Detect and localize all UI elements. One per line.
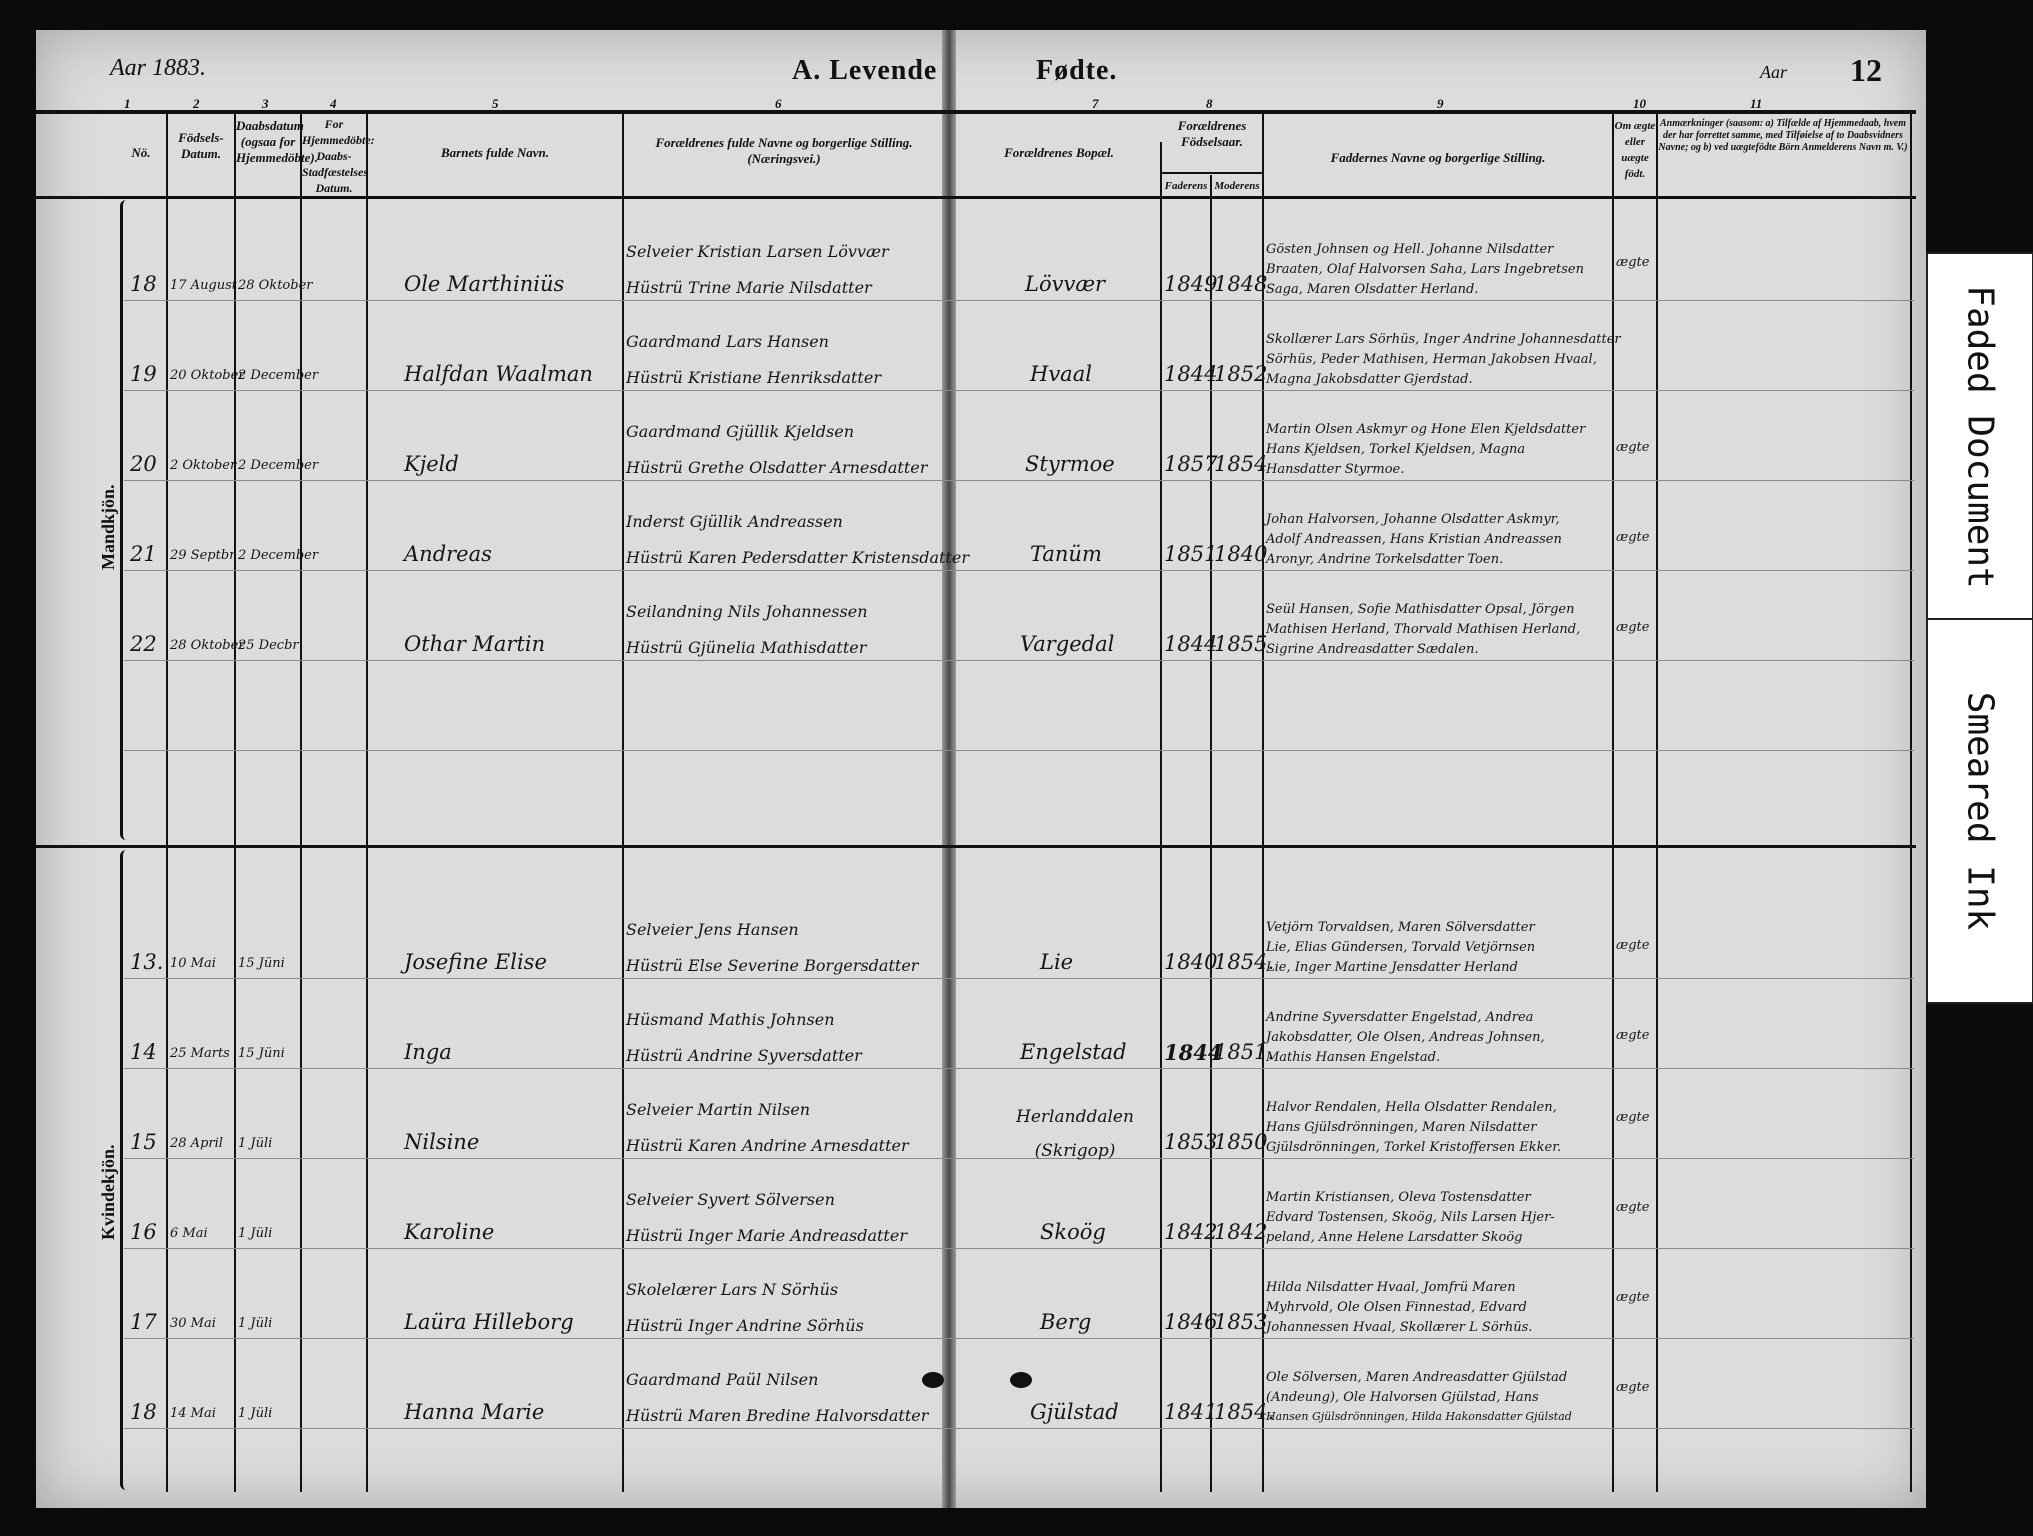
entry-residence: Gjülstad <box>1030 1400 1119 1424</box>
entry-legitimacy: ægte <box>1616 1200 1649 1215</box>
entry-residence: Berg <box>1040 1310 1091 1334</box>
entry-father-year: 1853 <box>1164 1130 1217 1154</box>
male-brace <box>120 200 129 840</box>
entry-child-name: Andreas <box>404 542 492 566</box>
entry-sponsor-line: Seül Hansen, Sofie Mathisdatter Opsal, J… <box>1266 602 1574 617</box>
entry-sponsor-line: Hansdatter Styrmoe. <box>1266 462 1404 477</box>
col-head-no: Nö. <box>116 145 166 161</box>
col-head-sponsors: Faddernes Navne og borgerlige Stilling. <box>1264 150 1612 166</box>
binding-clip <box>922 1372 944 1388</box>
entry-sponsor-line: Sigrine Andreasdatter Sædalen. <box>1266 642 1478 657</box>
entry-mother-year: 1855 <box>1214 632 1267 656</box>
tag-smeared-ink: Smeared Ink <box>1926 618 2033 1004</box>
entry-no: 19 <box>130 362 157 386</box>
entry-sponsor-line: Jakobsdatter, Ole Olsen, Andreas Johnsen… <box>1266 1030 1545 1045</box>
entry-sponsor-line: Aronyr, Andrine Torkelsdatter Toen. <box>1266 552 1503 567</box>
entry-sponsor-line: Vetjörn Torvaldsen, Maren Sölversdatter <box>1266 920 1535 935</box>
entry-sponsor-line: Sörhüs, Peder Mathisen, Herman Jakobsen … <box>1266 352 1597 367</box>
entry-no: 17 <box>130 1310 157 1334</box>
entry-baptism-date: 25 Decbr <box>238 638 299 653</box>
entry-no: 21 <box>130 542 157 566</box>
entry-birth-date: 10 Mai <box>170 956 216 971</box>
col-head-child-name: Barnets fulde Navn. <box>368 145 622 161</box>
entry-birth-date: 28 Oktober <box>170 638 245 653</box>
entry-parents-father: Inderst Gjüllik Andreassen <box>626 512 843 531</box>
entry-sponsor-line: Adolf Andreassen, Hans Kristian Andreass… <box>1266 532 1562 547</box>
entry-parents-mother: Hüstrü Karen Andrine Arnesdatter <box>626 1136 909 1155</box>
entry-sponsor-line: Johannessen Hvaal, Skollærer L Sörhüs. <box>1266 1320 1532 1335</box>
entry-baptism-date: 1 Jüli <box>238 1406 272 1421</box>
entry-mother-year: 1853 <box>1214 1310 1267 1334</box>
entry-parents-father: Hüsmand Mathis Johnsen <box>626 1010 835 1029</box>
entry-sponsor-line: Mathisen Herland, Thorvald Mathisen Herl… <box>1266 622 1580 637</box>
entry-parents-mother: Hüstrü Inger Marie Andreasdatter <box>626 1226 907 1245</box>
entry-parents-mother: Hüstrü Andrine Syversdatter <box>626 1046 862 1065</box>
col-rule <box>1262 112 1264 1492</box>
title-right: Fødte. <box>1036 55 1117 87</box>
entry-mother-year: 1850 <box>1214 1130 1267 1154</box>
entry-baptism-date: 1 Jüli <box>238 1136 272 1151</box>
entry-legitimacy: ægte <box>1616 530 1649 545</box>
entry-child-name: Othar Martin <box>404 632 545 656</box>
entry-legitimacy: ægte <box>1616 1110 1649 1125</box>
entry-no: 20 <box>130 452 157 476</box>
entry-birth-date: 28 April <box>170 1136 223 1151</box>
section-divider <box>36 845 1916 848</box>
entry-parents-father: Seilandning Nils Johannessen <box>626 602 868 621</box>
entry-father-year: 1844 <box>1164 632 1217 656</box>
year-label: Aar 1883. <box>110 55 206 82</box>
entry-child-name: Josefine Elise <box>404 950 547 974</box>
entry-sponsor-line: Braaten, Olaf Halvorsen Saha, Lars Ingeb… <box>1266 262 1584 277</box>
entry-child-name: Laüra Hilleborg <box>404 1310 574 1334</box>
entry-birth-date: 14 Mai <box>170 1406 216 1421</box>
col-head-baptism-date: Daabsdatum (ogsaa for Hjemmedöbte). <box>236 118 300 166</box>
entry-father-year: 1846 <box>1164 1310 1217 1334</box>
entry-residence: Skoög <box>1040 1220 1106 1244</box>
entry-parents-father: Selveier Jens Hansen <box>626 920 799 939</box>
header-top-rule <box>36 110 1916 114</box>
col-rule <box>1612 112 1614 1492</box>
title-left: A. Levende <box>792 55 937 87</box>
col-head-birth-years: Forældrenes Födselsaar. <box>1162 118 1262 150</box>
col-head-remarks: Anmærkninger (saasom: a) Tilfælde af Hje… <box>1658 118 1908 154</box>
entry-legitimacy: ægte <box>1616 440 1649 455</box>
entry-birth-date: 30 Mai <box>170 1316 216 1331</box>
entry-sponsor-line: Hans Kjeldsen, Torkel Kjeldsen, Magna <box>1266 442 1525 457</box>
col-rule <box>366 112 368 1492</box>
entry-father-year: 1844 <box>1164 362 1217 386</box>
entry-birth-date: 2 Oktober <box>170 458 236 473</box>
entry-parents-mother: Hüstrü Kristiane Henriksdatter <box>626 368 881 387</box>
entry-no: 18 <box>130 1400 157 1424</box>
entry-sponsor-line: Hans Gjülsdrönningen, Maren Nilsdatter <box>1266 1120 1536 1135</box>
col-head-father: Faderens <box>1162 178 1210 194</box>
entry-residence: Lövvær <box>1025 272 1105 296</box>
entry-parents-father: Skolelærer Lars N Sörhüs <box>626 1280 838 1299</box>
col-head-birth-date: Födsels-Datum. <box>168 130 234 162</box>
entry-mother-year: 1852 <box>1214 362 1267 386</box>
entry-baptism-date: 2 December <box>238 458 318 473</box>
binding-clip <box>1010 1372 1032 1388</box>
entry-sponsor-line: Martin Kristiansen, Oleva Tostensdatter <box>1266 1190 1531 1205</box>
entry-sponsor-line: Hansen Gjülsdrönningen, Hilda Hakonsdatt… <box>1266 1410 1572 1423</box>
register-spread <box>36 30 1926 1508</box>
entry-parents-father: Gaardmand Paül Nilsen <box>626 1370 818 1389</box>
entry-sponsor-line: Mathis Hansen Engelstad. <box>1266 1050 1440 1065</box>
entry-sponsor-line: Martin Olsen Askmyr og Hone Elen Kjeldsd… <box>1266 422 1585 437</box>
entry-father-year: 1857 <box>1164 452 1217 476</box>
entry-legitimacy: ægte <box>1616 1028 1649 1043</box>
entry-no: 14 <box>130 1040 157 1064</box>
entry-baptism-date: 15 Jüni <box>238 1046 285 1061</box>
entry-child-name: Halfdan Waalman <box>404 362 593 386</box>
entry-child-name: Hanna Marie <box>404 1400 544 1424</box>
page-number: 12 <box>1850 52 1882 89</box>
entry-residence: Tanüm <box>1030 542 1102 566</box>
entry-sponsor-line: Andrine Syversdatter Engelstad, Andrea <box>1266 1010 1533 1025</box>
entry-parents-father: Selveier Martin Nilsen <box>626 1100 810 1119</box>
entry-baptism-date: 2 December <box>238 368 318 383</box>
col-rule <box>166 112 168 1492</box>
col-rule <box>234 112 236 1492</box>
entry-parents-mother: Hüstrü Maren Bredine Halvorsdatter <box>626 1406 928 1425</box>
section-female: Kvindekjön. <box>98 1144 119 1240</box>
entry-father-year: 1851 <box>1164 542 1217 566</box>
entry-parents-father: Gaardmand Lars Hansen <box>626 332 829 351</box>
entry-sponsor-line: peland, Anne Helene Larsdatter Skoög <box>1266 1230 1523 1245</box>
female-brace <box>120 850 129 1490</box>
entry-sponsor-line: Gösten Johnsen og Hell. Johanne Nilsdatt… <box>1266 242 1553 257</box>
entry-father-year: 1840 <box>1164 950 1217 974</box>
col-rule <box>1910 112 1912 1492</box>
col-rule <box>300 112 302 1492</box>
col-head-parents: Forældrenes fulde Navne og borgerlige St… <box>624 135 944 167</box>
entry-baptism-date: 28 Oktober <box>238 278 313 293</box>
entry-sponsor-line: Gjülsdrönningen, Torkel Kristoffersen Ek… <box>1266 1140 1561 1155</box>
entry-parents-mother: Hüstrü Else Severine Borgersdatter <box>626 956 918 975</box>
entry-sponsor-line: (Andeung), Ole Halvorsen Gjülstad, Hans <box>1266 1390 1539 1405</box>
entry-parents-father: Selveier Kristian Larsen Lövvær <box>626 242 889 261</box>
entry-baptism-date: 1 Jüli <box>238 1316 272 1331</box>
entry-parents-mother: Hüstrü Karen Pedersdatter Kristensdatter <box>626 548 969 567</box>
entry-parents-mother: Hüstrü Grethe Olsdatter Arnesdatter <box>626 458 927 477</box>
entry-legitimacy: ægte <box>1616 255 1649 270</box>
entry-mother-year: 1842 <box>1214 1220 1267 1244</box>
tag-faded-document: Faded Document <box>1926 252 2033 622</box>
entry-legitimacy: ægte <box>1616 1290 1649 1305</box>
subheader-rule <box>1160 172 1262 174</box>
entry-sponsor-line: Ole Sölversen, Maren Andreasdatter Gjüls… <box>1266 1370 1567 1385</box>
entry-sponsor-line: Saga, Maren Olsdatter Herland. <box>1266 282 1479 297</box>
entry-no: 15 <box>130 1130 157 1154</box>
col-head-mother: Moderens <box>1212 178 1262 194</box>
entry-parents-mother: Hüstrü Gjünelia Mathisdatter <box>626 638 866 657</box>
entry-father-year: 1842 <box>1164 1220 1217 1244</box>
col-head-home-baptized: For Hjemmedöbte: Daabs-Stadfæstelses Dat… <box>302 116 366 196</box>
entry-sponsor-line: Hilda Nilsdatter Hvaal, Jomfrü Maren <box>1266 1280 1516 1295</box>
header-bottom-rule <box>36 196 1916 199</box>
entry-baptism-date: 15 Jüni <box>238 956 285 971</box>
entry-father-year: 1849 <box>1164 272 1217 296</box>
entry-birth-date: 20 Oktober <box>170 368 245 383</box>
entry-birth-date: 17 August <box>170 278 237 293</box>
entry-mother-year: 1848 <box>1214 272 1267 296</box>
right-year-label: Aar <box>1760 62 1787 83</box>
entry-residence: Vargedal <box>1020 632 1114 656</box>
entry-residence: Engelstad <box>1020 1040 1127 1064</box>
entry-baptism-date: 1 Jüli <box>238 1226 272 1241</box>
entry-birth-date: 6 Mai <box>170 1226 208 1241</box>
section-male: Mandkjön. <box>98 484 119 570</box>
entry-child-name: Kjeld <box>404 452 459 476</box>
col-rule <box>622 112 624 1492</box>
entry-no: 13. <box>130 950 163 974</box>
entry-sponsor-line: Edvard Tostensen, Skoög, Nils Larsen Hje… <box>1266 1210 1555 1225</box>
col-rule <box>1160 142 1162 1492</box>
entry-legitimacy: ægte <box>1616 938 1649 953</box>
entry-child-name: Ole Marthiniüs <box>404 272 564 296</box>
entry-baptism-date: 2 December <box>238 548 318 563</box>
entry-child-name: Karoline <box>404 1220 494 1244</box>
entry-residence: Hvaal <box>1030 362 1092 386</box>
entry-no: 18 <box>130 272 157 296</box>
entry-birth-date: 25 Marts <box>170 1046 230 1061</box>
col-head-residence: Forældrenes Bopæl. <box>960 145 1158 161</box>
entry-mother-year: 1840 <box>1214 542 1267 566</box>
book-spine <box>942 30 956 1508</box>
entry-child-name: Inga <box>404 1040 452 1064</box>
entry-parents-mother: Hüstrü Inger Andrine Sörhüs <box>626 1316 864 1335</box>
entry-sponsor-line: Myhrvold, Ole Olsen Finnestad, Edvard <box>1266 1300 1527 1315</box>
entry-legitimacy: ægte <box>1616 1380 1649 1395</box>
entry-residence: Lie <box>1040 950 1073 974</box>
entry-mother-year: 1854 <box>1214 452 1267 476</box>
entry-father-year: 1841 <box>1164 1400 1217 1424</box>
entry-no: 22 <box>130 632 157 656</box>
entry-sponsor-line: Skollærer Lars Sörhüs, Inger Andrine Joh… <box>1266 332 1621 347</box>
entry-sponsor-line: Johan Halvorsen, Johanne Olsdatter Askmy… <box>1266 512 1560 527</box>
entry-sponsor-line: Lie, Elias Gündersen, Torvald Vetjörnsen <box>1266 940 1535 955</box>
entry-child-name: Nilsine <box>404 1130 479 1154</box>
col-head-legitimacy: Om ægte eller uægte födt. <box>1614 118 1656 182</box>
entry-sponsor-line: Halvor Rendalen, Hella Olsdatter Rendale… <box>1266 1100 1557 1115</box>
entry-sponsor-line: Lie, Inger Martine Jensdatter Herland <box>1266 960 1518 975</box>
entry-residence: Styrmoe <box>1025 452 1115 476</box>
entry-parents-father: Gaardmand Gjüllik Kjeldsen <box>626 422 854 441</box>
col-rule <box>1656 112 1658 1492</box>
entry-parents-mother: Hüstrü Trine Marie Nilsdatter <box>626 278 872 297</box>
entry-parents-father: Selveier Syvert Sölversen <box>626 1190 835 1209</box>
entry-residence: Herlanddalen (Skrigop) <box>1000 1100 1150 1168</box>
entry-legitimacy: ægte <box>1616 620 1649 635</box>
entry-no: 16 <box>130 1220 157 1244</box>
entry-birth-date: 29 Septbr <box>170 548 235 563</box>
entry-sponsor-line: Magna Jakobsdatter Gjerdstad. <box>1266 372 1473 387</box>
